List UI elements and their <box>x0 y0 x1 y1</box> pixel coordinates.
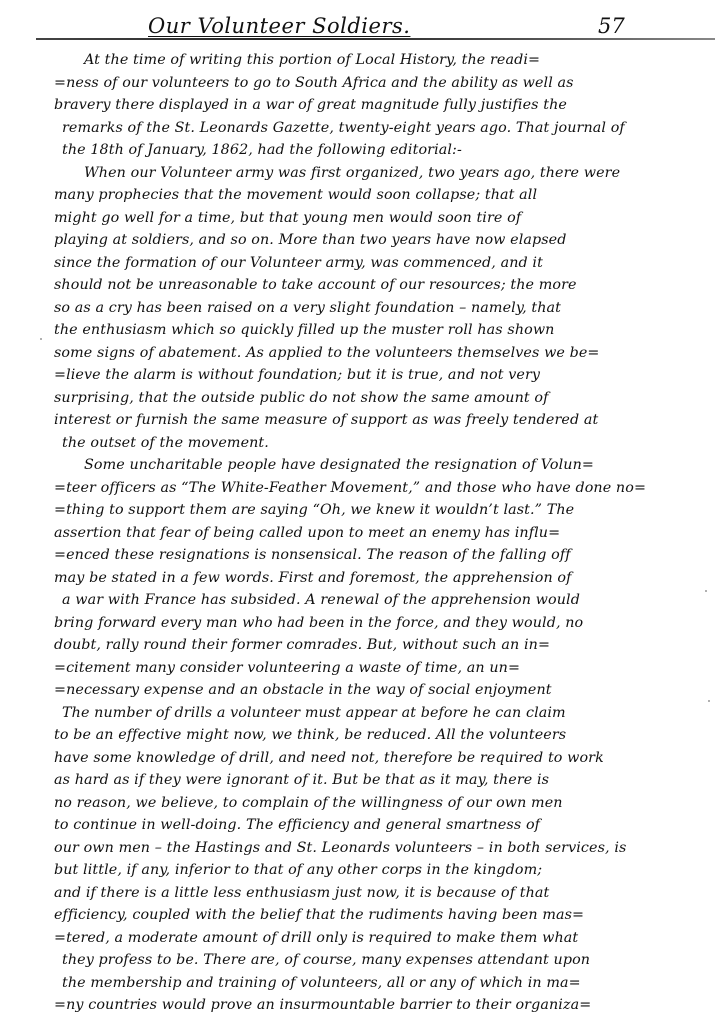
text-line: to continue in well-doing. The efficienc… <box>0 814 715 837</box>
paper-speck <box>705 590 707 592</box>
text-line: remarks of the St. Leonards Gazette, twe… <box>0 117 715 140</box>
manuscript-page: Our Volunteer Soldiers. 57 At the time o… <box>0 0 715 1024</box>
text-line: Some uncharitable people have designated… <box>0 454 715 477</box>
text-line: =teer officers as “The White-Feather Mov… <box>0 477 715 500</box>
text-line: many prophecies that the movement would … <box>0 184 715 207</box>
paper-speck <box>708 700 710 702</box>
text-line: At the time of writing this portion of L… <box>0 49 715 72</box>
text-line: surprising, that the outside public do n… <box>0 387 715 410</box>
text-line: =tered, a moderate amount of drill only … <box>0 927 715 950</box>
text-line: The number of drills a volunteer must ap… <box>0 702 715 725</box>
text-line: playing at soldiers, and so on. More tha… <box>0 229 715 252</box>
text-line: bring forward every man who had been in … <box>0 612 715 635</box>
header-rule <box>36 38 715 40</box>
text-line: the 18th of January, 1862, had the follo… <box>0 139 715 162</box>
text-line: bravery there displayed in a war of grea… <box>0 94 715 117</box>
text-line: =lieve the alarm is without foundation; … <box>0 364 715 387</box>
text-line: efficiency, coupled with the belief that… <box>0 904 715 927</box>
text-line: the enthusiasm which so quickly filled u… <box>0 319 715 342</box>
text-line: =citement many consider volunteering a w… <box>0 657 715 680</box>
page-number: 57 <box>598 14 625 38</box>
text-line: =enced these resignations is nonsensical… <box>0 544 715 567</box>
text-line: doubt, rally round their former comrades… <box>0 634 715 657</box>
handwritten-body: At the time of writing this portion of L… <box>0 49 715 1017</box>
text-line: but little, if any, inferior to that of … <box>0 859 715 882</box>
text-line: might go well for a time, but that young… <box>0 207 715 230</box>
text-line: a war with France has subsided. A renewa… <box>0 589 715 612</box>
text-line: no reason, we believe, to complain of th… <box>0 792 715 815</box>
text-line: When our Volunteer army was first organi… <box>0 162 715 185</box>
text-line: have some knowledge of drill, and need n… <box>0 747 715 770</box>
text-line: =ny countries would prove an insurmounta… <box>0 994 715 1017</box>
paper-speck <box>40 338 42 340</box>
text-line: interest or furnish the same measure of … <box>0 409 715 432</box>
text-line: and if there is a little less enthusiasm… <box>0 882 715 905</box>
text-line: =thing to support them are saying “Oh, w… <box>0 499 715 522</box>
text-line: =necessary expense and an obstacle in th… <box>0 679 715 702</box>
text-line: to be an effective might now, we think, … <box>0 724 715 747</box>
text-line: some signs of abatement. As applied to t… <box>0 342 715 365</box>
text-line: the membership and training of volunteer… <box>0 972 715 995</box>
text-line: the outset of the movement. <box>0 432 715 455</box>
page-title: Our Volunteer Soldiers. <box>148 14 410 38</box>
text-line: should not be unreasonable to take accou… <box>0 274 715 297</box>
text-line: so as a cry has been raised on a very sl… <box>0 297 715 320</box>
text-line: they profess to be. There are, of course… <box>0 949 715 972</box>
text-line: =ness of our volunteers to go to South A… <box>0 72 715 95</box>
text-line: as hard as if they were ignorant of it. … <box>0 769 715 792</box>
text-line: our own men – the Hastings and St. Leona… <box>0 837 715 860</box>
text-line: assertion that fear of being called upon… <box>0 522 715 545</box>
text-line: since the formation of our Volunteer arm… <box>0 252 715 275</box>
text-line: may be stated in a few words. First and … <box>0 567 715 590</box>
